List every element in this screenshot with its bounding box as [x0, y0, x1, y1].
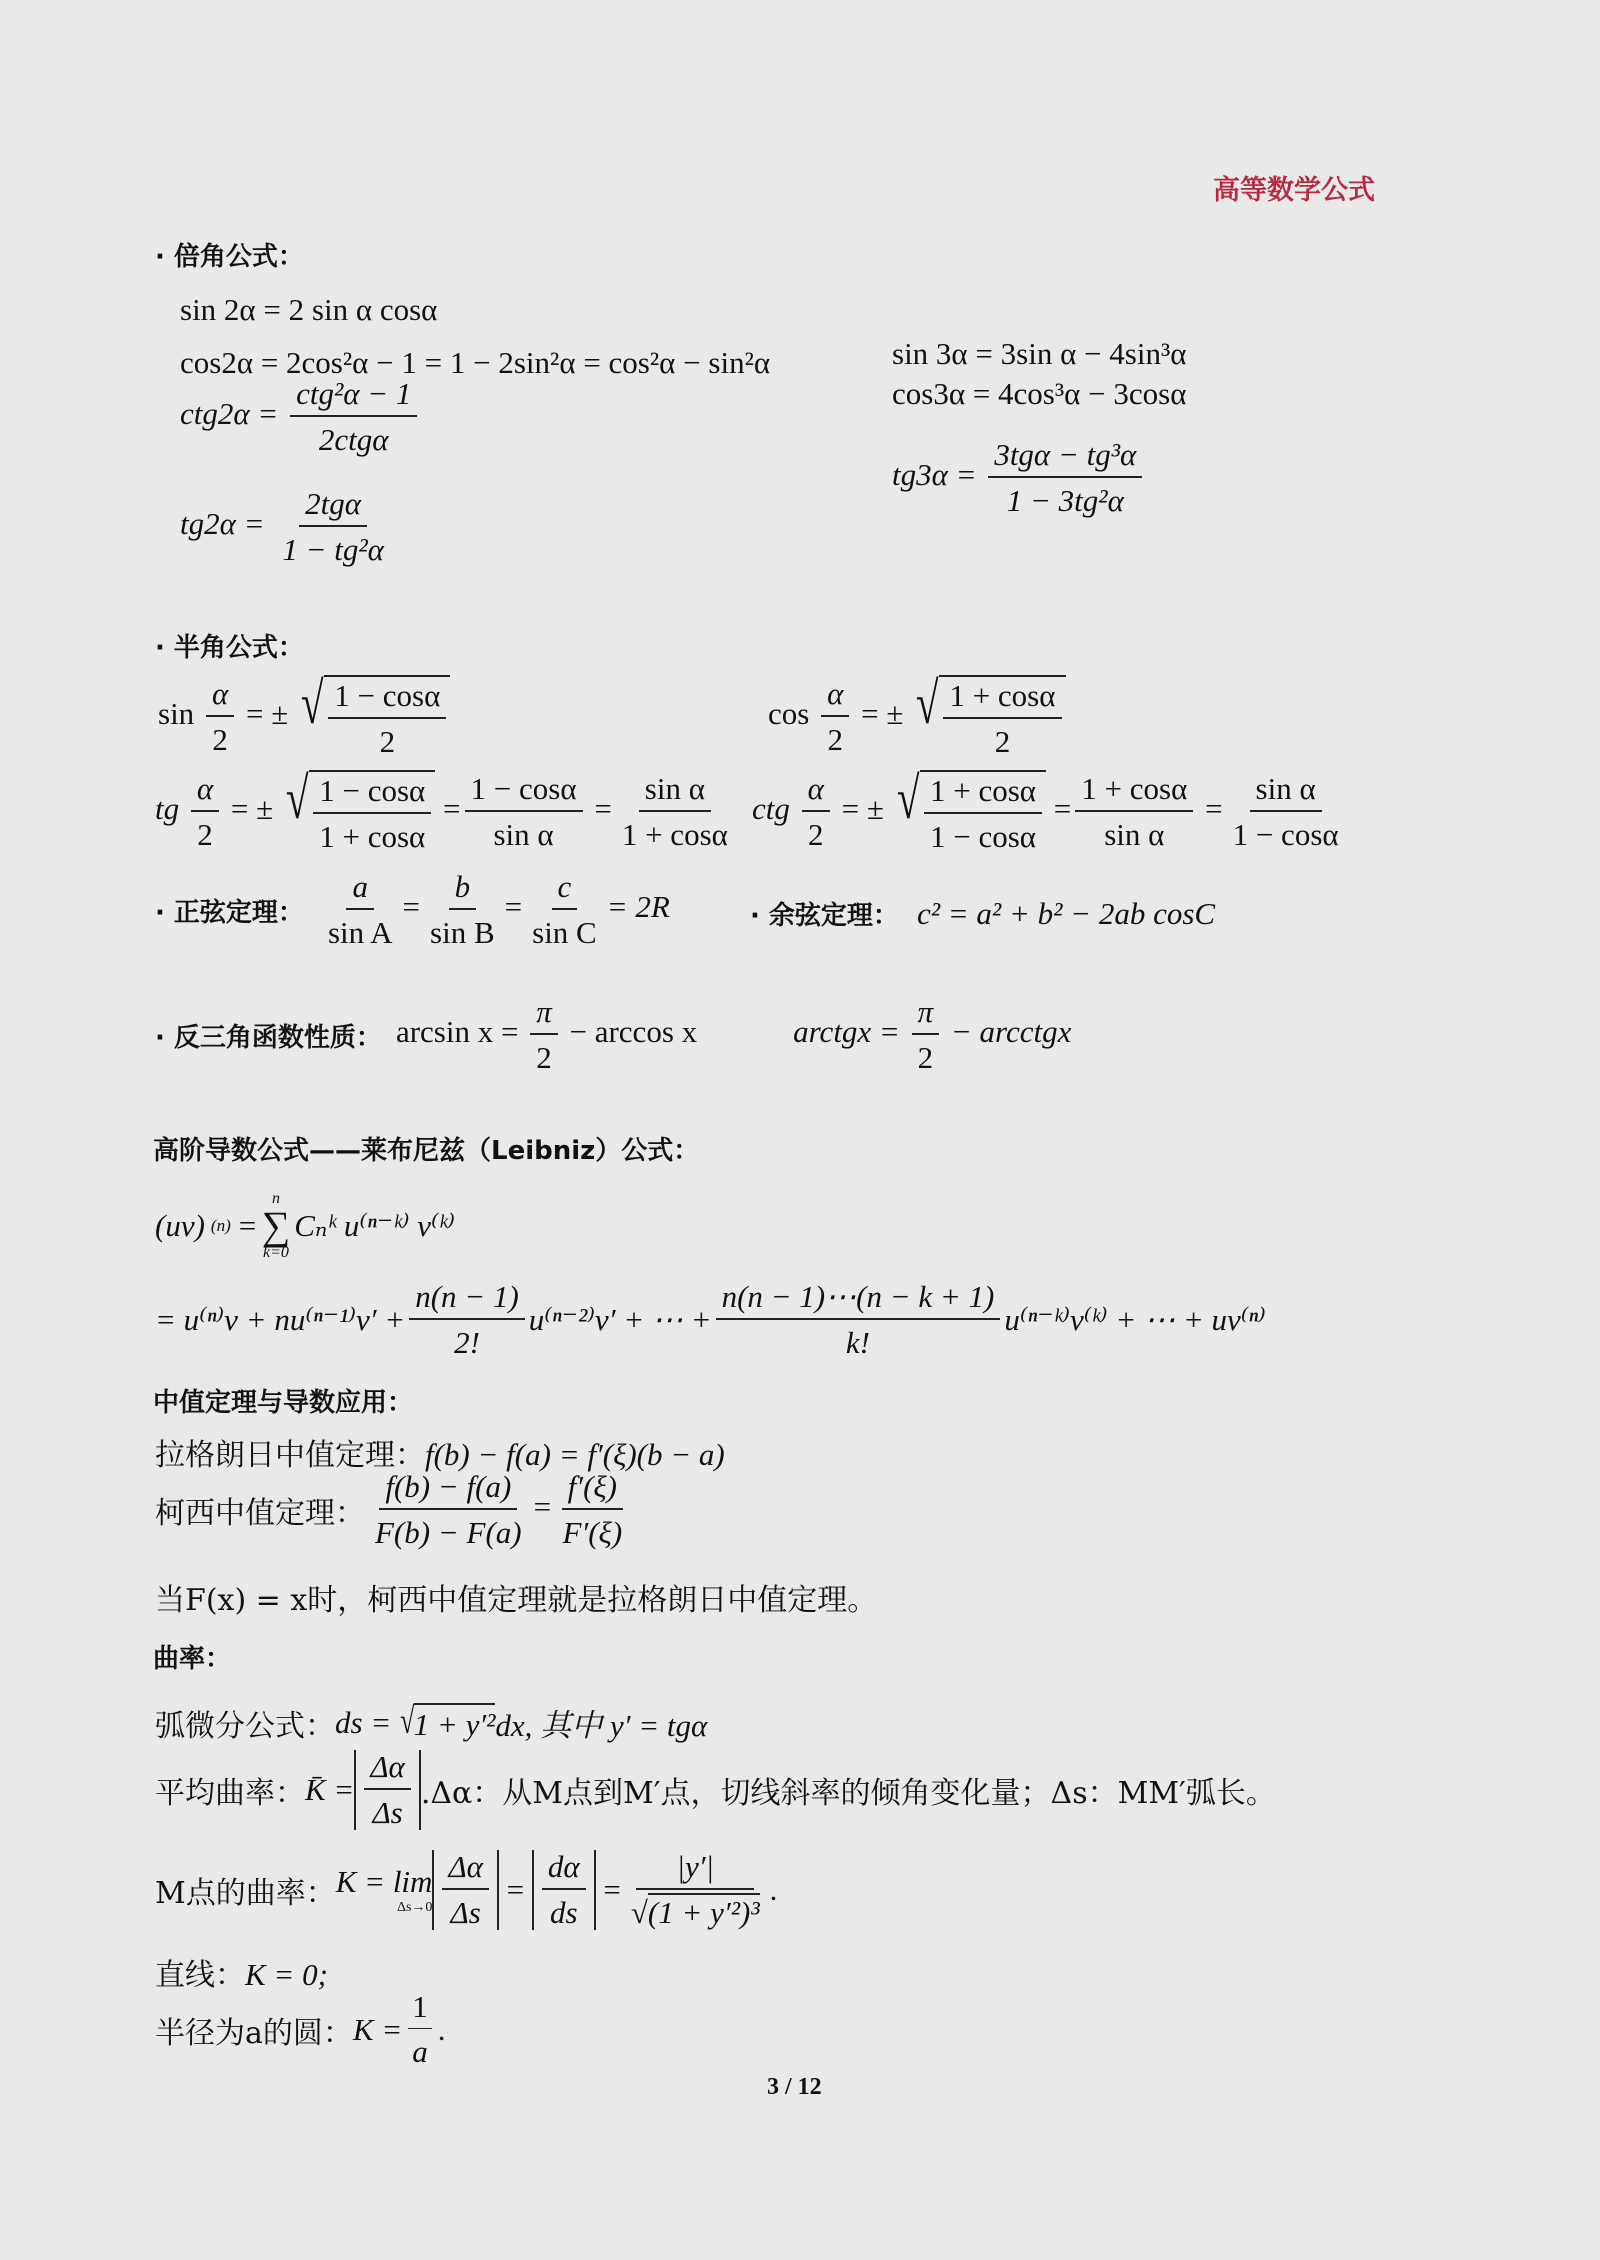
tg3a-lhs: tg3α =: [892, 457, 977, 492]
cauchy-theorem: 柯西中值定理： f(b) − f(a)F(b) − F(a)=f′(ξ)F′(ξ…: [155, 1470, 632, 1550]
avg-num: Δα: [364, 1750, 410, 1790]
cos-half-eq: = ±: [861, 696, 903, 731]
cauchy-label: 柯西中值定理：: [155, 1488, 365, 1532]
line-formula: K = 0;: [245, 1957, 328, 1992]
sin-half-rad-num: 1 − cosα: [328, 679, 446, 719]
avg-note: .Δα：从M点到M′点，切线斜率的倾角变化量；Δs：MM′弧长。: [421, 1768, 1276, 1812]
tg3a-numerator: 3tgα − tg³α: [988, 438, 1142, 478]
leibniz-line1-rhs: Cₙᵏ u⁽ⁿ⁻ᵏ⁾ v⁽ᵏ⁾: [294, 1208, 455, 1244]
line-label: 直线：: [155, 1958, 245, 1993]
tg-half-f2-num: 1 − cosα: [465, 772, 583, 812]
leibniz-line2-c: u⁽ⁿ⁻ᵏ⁾v⁽ᵏ⁾ + ⋯ + uv⁽ⁿ⁾: [1004, 1302, 1265, 1338]
point-f2-den: ds: [544, 1890, 584, 1930]
arc-differential: 弧微分公式： ds = √1 + y′² dx, 其中 y′ = tgα: [155, 1700, 707, 1745]
sines-f3-den: sin C: [526, 910, 603, 950]
sines-f3-num: c: [552, 870, 578, 910]
sin-half-arg: α2: [206, 677, 234, 757]
leibniz-line1: (uv) (n) = n ∑ k=0 Cₙᵏ u⁽ⁿ⁻ᵏ⁾ v⁽ᵏ⁾: [155, 1190, 455, 1262]
sines-f2-num: b: [449, 870, 477, 910]
formula-tg3a: tg3α = 3tgα − tg³α 1 − 3tg²α: [892, 438, 1146, 518]
inv-f2-num: π: [912, 995, 940, 1035]
leibniz-lhs: (uv): [155, 1208, 205, 1244]
avg-lhs: K̄ =: [305, 1772, 354, 1808]
formula-cos2a: cos2α = 2cos²α − 1 = 1 − 2sin²α = cos²α …: [180, 345, 770, 381]
sin-half-arg-den: 2: [206, 717, 234, 757]
point-f1-num: Δα: [442, 1850, 488, 1890]
point-abs2: dαds: [532, 1850, 596, 1930]
cos-half-fn: cos: [768, 696, 809, 731]
leibniz-line2-a: = u⁽ⁿ⁾v + nu⁽ⁿ⁻¹⁾v′ +: [155, 1302, 405, 1338]
formula-cos-half: cos α2 = ± √1 + cosα2: [768, 675, 1066, 759]
sines-rhs: = 2R: [607, 889, 670, 924]
ctg-half-f3-num: sin α: [1250, 772, 1322, 812]
ctg-half-f2-num: 1 + cosα: [1075, 772, 1193, 812]
tg3a-fraction: 3tgα − tg³α 1 − 3tg²α: [988, 438, 1142, 518]
arc-radical: √1 + y′²: [397, 1703, 495, 1743]
tg-half-f2-den: sin α: [487, 812, 559, 852]
avg-abs: ΔαΔs: [354, 1750, 420, 1830]
cauchy-f1-num: f(b) − f(a): [379, 1470, 517, 1510]
circle-label: 半径为a的圆：: [155, 2008, 353, 2052]
point-f2-num: dα: [542, 1850, 586, 1890]
heading-half-angle: · 半角公式：: [155, 627, 304, 664]
inv-f2-lhs: arctgx =: [793, 1014, 900, 1049]
tg2a-numerator: 2tgα: [299, 487, 367, 527]
tg3a-denominator: 1 − 3tg²α: [1001, 478, 1130, 518]
cos-half-arg-num: α: [821, 677, 849, 717]
ctg-half-f2-den: sin α: [1098, 812, 1170, 852]
formula-ctg-half: ctg α2 = ± √1 + cosα1 − cosα =1 + cosαsi…: [752, 770, 1349, 854]
heading-curvature: 曲率：: [153, 1638, 231, 1675]
leibniz-f1-num: n(n − 1): [409, 1280, 525, 1320]
sin-half-radical: √1 − cosα2: [296, 675, 450, 759]
cauchy-f2-num: f′(ξ): [562, 1470, 623, 1510]
ctg-half-arg-num: α: [802, 772, 830, 812]
leibniz-f2-num: n(n − 1)⋯(n − k + 1): [716, 1280, 1001, 1320]
ctg-half-rad-num: 1 + cosα: [924, 774, 1042, 814]
arc-rhs: dx, 其中 y′ = tgα: [495, 1700, 707, 1745]
inverse-trig: · 反三角函数性质： arcsin x = π2 − arccos x arct…: [155, 995, 1071, 1075]
sin-half-fn: sin: [158, 696, 194, 731]
point-f3: |y′|√(1 + y′²)³: [625, 1850, 766, 1930]
heading-leibniz: 高阶导数公式——莱布尼兹（Leibniz）公式：: [153, 1130, 699, 1167]
arc-label: 弧微分公式：: [155, 1701, 335, 1745]
inv-f2-den: 2: [912, 1035, 940, 1075]
tg-half-arg-den: 2: [191, 812, 219, 852]
ctg2a-lhs: ctg2α =: [180, 396, 278, 431]
avg-den: Δs: [366, 1790, 408, 1830]
page-number: 3 / 12: [767, 2074, 822, 2101]
sin-half-rad-den: 2: [374, 719, 402, 759]
circle-den: a: [406, 2029, 434, 2069]
leibniz-line2-b: u⁽ⁿ⁻²⁾v′ + ⋯ +: [529, 1302, 712, 1338]
avg-label: 平均曲率：: [155, 1768, 305, 1812]
law-of-cosines: · 余弦定理： c² = a² + b² − 2ab cosC: [750, 895, 1215, 932]
ctg2a-numerator: ctg²α − 1: [290, 377, 417, 417]
tg-half-fn: tg: [155, 791, 179, 826]
inv-f1-den: 2: [530, 1035, 558, 1075]
sigma-symbol: ∑: [262, 1208, 291, 1244]
cos-half-rad-den: 2: [989, 719, 1017, 759]
tg-half-radical: √1 − cosα1 + cosα: [281, 770, 435, 854]
formula-tg2a: tg2α = 2tgα 1 − tg²α: [180, 487, 394, 567]
tg2a-fraction: 2tgα 1 − tg²α: [276, 487, 390, 567]
cauchy-f2-den: F′(ξ): [557, 1510, 629, 1550]
arc-lhs: ds =: [335, 1705, 391, 1741]
heading-inverse-trig: · 反三角函数性质：: [155, 1017, 382, 1054]
cos-half-arg-den: 2: [821, 717, 849, 757]
document-title: 高等数学公式: [1213, 168, 1375, 207]
ctg-half-eq: = ±: [842, 791, 884, 826]
arc-rad-body: 1 + y′²: [414, 1703, 496, 1743]
point-f3-num: |y′|: [636, 1850, 754, 1890]
law-of-sines: · 正弦定理： asin A=bsin B=csin C= 2R: [155, 870, 670, 950]
tg2a-lhs: tg2α =: [180, 506, 265, 541]
inv-f2-rhs: − arcctgx: [951, 1014, 1071, 1049]
formula-cos3a: cos3α = 4cos³α − 3cosα: [892, 376, 1186, 412]
point-curvature: M点的曲率： K = lim Δs→0 ΔαΔs = dαds = |y′|√(…: [155, 1850, 777, 1930]
point-label: M点的曲率：: [155, 1868, 336, 1912]
sin-half-eq: = ±: [246, 696, 288, 731]
circle-num: 1: [408, 1990, 432, 2029]
cos-half-rad-num: 1 + cosα: [943, 679, 1061, 719]
ctg-half-fn: ctg: [752, 791, 790, 826]
sin-half-arg-num: α: [206, 677, 234, 717]
tg-half-f3-num: sin α: [639, 772, 711, 812]
formula-ctg2a: ctg2α = ctg²α − 1 2ctgα: [180, 377, 421, 457]
sines-f1-den: sin A: [322, 910, 399, 950]
leibniz-line2: = u⁽ⁿ⁾v + nu⁽ⁿ⁻¹⁾v′ + n(n − 1)2! u⁽ⁿ⁻²⁾v…: [155, 1280, 1266, 1360]
point-f3-den: (1 + y′²)³: [648, 1893, 760, 1930]
ctg-half-radical: √1 + cosα1 − cosα: [892, 770, 1046, 854]
tg-half-arg-num: α: [191, 772, 219, 812]
ctg2a-fraction: ctg²α − 1 2ctgα: [290, 377, 417, 457]
lagrange-theorem: 拉格朗日中值定理：f(b) − f(a) = f′(ξ)(b − a): [155, 1430, 725, 1474]
summation: n ∑ k=0: [262, 1190, 291, 1262]
tg-half-rad-den: 1 + cosα: [313, 814, 431, 854]
point-abs1: ΔαΔs: [432, 1850, 498, 1930]
ctg-half-f3-den: 1 − cosα: [1227, 812, 1345, 852]
leibniz-f1-den: 2!: [448, 1320, 486, 1360]
lagrange-label: 拉格朗日中值定理：: [155, 1438, 425, 1473]
formula-sin3a: sin 3α = 3sin α − 4sin³α: [892, 336, 1187, 372]
lagrange-formula: f(b) − f(a) = f′(ξ)(b − a): [425, 1437, 725, 1472]
ctg-half-rad-den: 1 − cosα: [924, 814, 1042, 854]
inv-f1-rhs: − arccos x: [569, 1014, 697, 1049]
tg-half-eq: = ±: [231, 791, 273, 826]
heading-mean-value: 中值定理与导数应用：: [153, 1382, 413, 1419]
heading-law-of-sines: · 正弦定理：: [155, 892, 304, 929]
cosines-formula: c² = a² + b² − 2ab cosC: [917, 896, 1215, 931]
ctg2a-denominator: 2ctgα: [313, 417, 395, 457]
tg-half-f3-den: 1 + cosα: [616, 812, 734, 852]
cauchy-note: 当F(x) = x时，柯西中值定理就是拉格朗日中值定理。: [155, 1575, 877, 1619]
sines-f2-den: sin B: [424, 910, 501, 950]
straight-line-curvature: 直线：K = 0;: [155, 1950, 328, 1994]
inv-f1-num: π: [530, 995, 558, 1035]
formula-sin2a: sin 2α = 2 sin α cosα: [180, 292, 437, 328]
cos-half-arg: α2: [821, 677, 849, 757]
leibniz-f2-den: k!: [840, 1320, 876, 1360]
heading-double-angle: · 倍角公式：: [155, 236, 304, 273]
sum-bottom: k=0: [263, 1244, 289, 1262]
cauchy-f1-den: F(b) − F(a): [369, 1510, 528, 1550]
point-lhs: K = lim: [336, 1864, 433, 1900]
heading-law-of-cosines: · 余弦定理：: [750, 901, 899, 931]
cos-half-radical: √1 + cosα2: [911, 675, 1065, 759]
tg-half-rad-num: 1 − cosα: [313, 774, 431, 814]
formula-sin-half: sin α2 = ± √1 − cosα2: [158, 675, 450, 759]
point-lim-sub: Δs→0: [397, 1900, 432, 1916]
sines-f1-num: a: [346, 870, 374, 910]
average-curvature: 平均曲率： K̄ = ΔαΔs .Δα：从M点到M′点，切线斜率的倾角变化量；Δ…: [155, 1750, 1276, 1830]
circle-curvature: 半径为a的圆： K = 1a .: [155, 1990, 446, 2069]
ctg-half-arg-den: 2: [802, 812, 830, 852]
tg2a-denominator: 1 − tg²α: [276, 527, 390, 567]
formula-tg-half: tg α2 = ± √1 − cosα1 + cosα =1 − cosαsin…: [155, 770, 738, 854]
inv-f1-lhs: arcsin x =: [396, 1014, 519, 1049]
circle-lhs: K =: [353, 2012, 402, 2048]
point-f1-den: Δs: [445, 1890, 487, 1930]
